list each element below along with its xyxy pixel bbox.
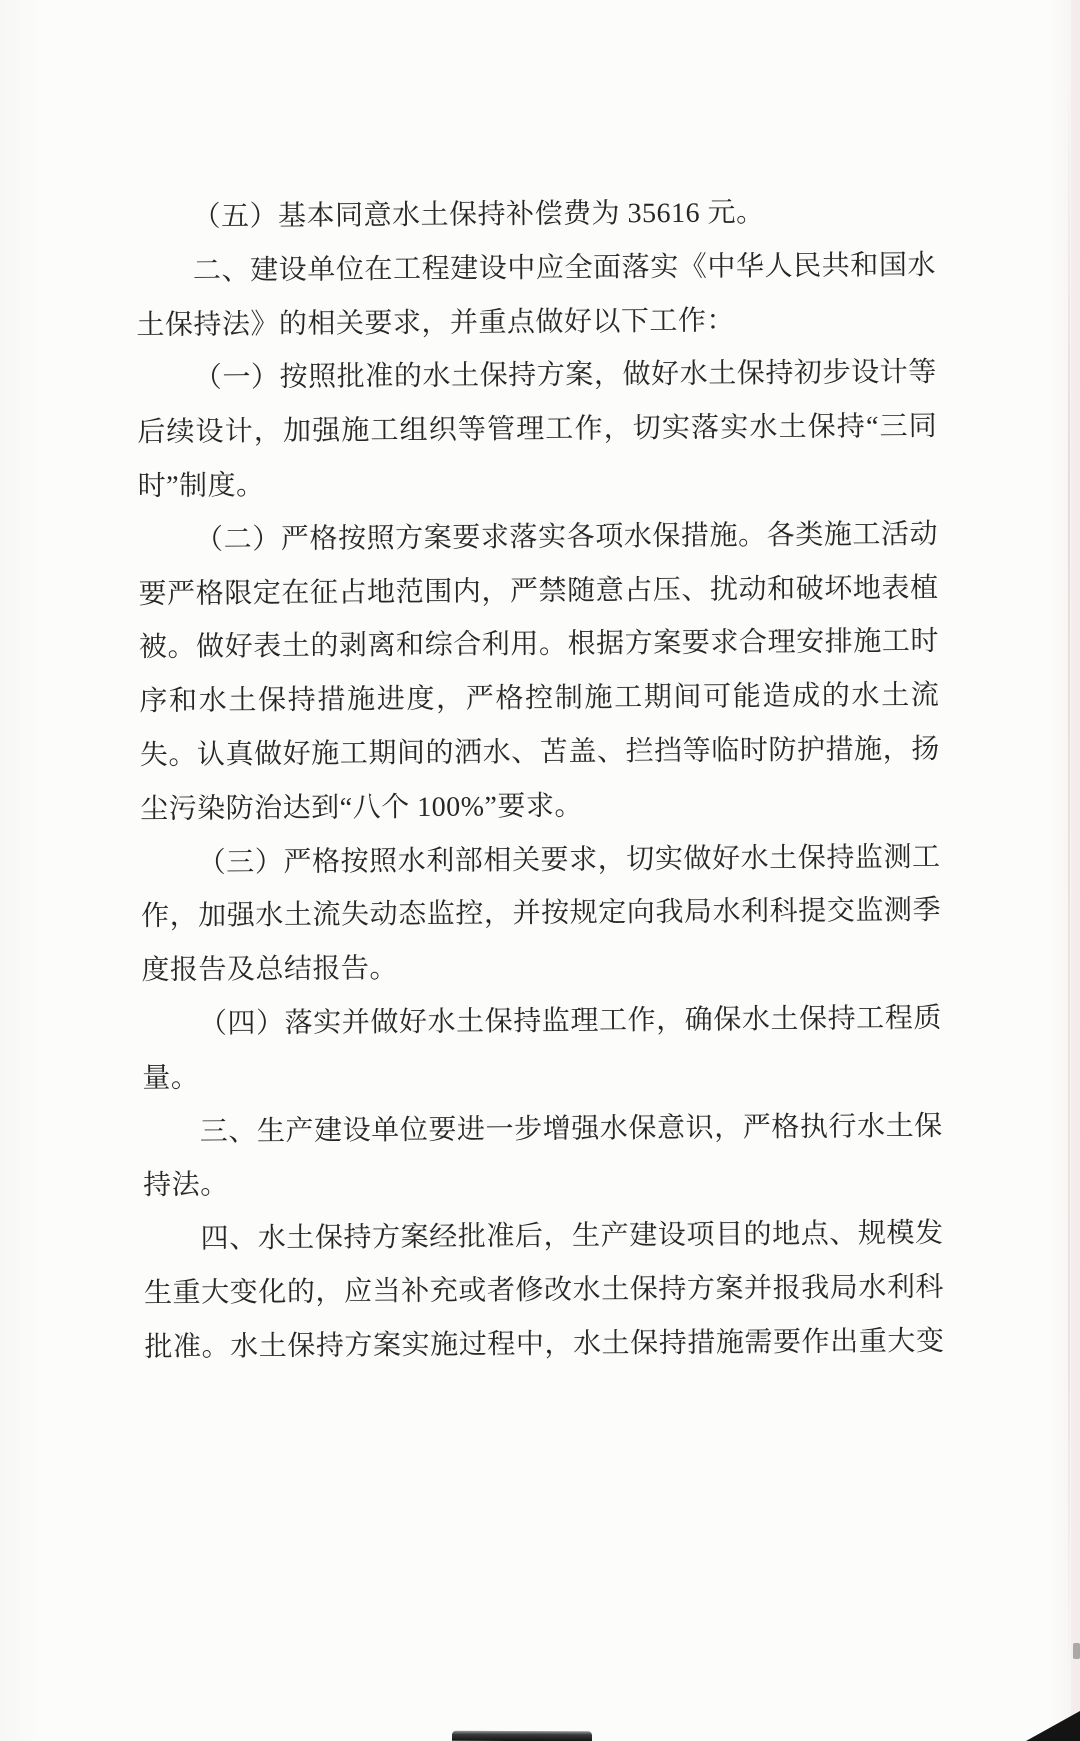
document-body-text: （五）基本同意水土保持补偿费为 35616 元。 二、建设单位在工程建设中应全面… xyxy=(135,185,944,1375)
text-line: 持法。 xyxy=(143,1153,943,1213)
scan-artifact-corner-wedge xyxy=(1026,1711,1080,1741)
scan-artifact-edge-smudge xyxy=(1073,1643,1080,1659)
text-line: 时”制度。 xyxy=(137,454,937,514)
text-line: 生重大变化的，应当补充或者修改水土保持方案并报我局水利科 xyxy=(144,1261,944,1321)
page-edge-shadow xyxy=(1071,0,1080,1741)
text-line: （三）严格按照水利部相关要求，切实做好水土保持监测工 xyxy=(140,830,940,890)
text-line: 序和水土保持措施进度，严格控制施工期间可能造成的水土流 xyxy=(139,669,939,729)
text-line: （一）按照批准的水土保持方案，做好水土保持初步设计等 xyxy=(137,346,937,406)
text-line: 量。 xyxy=(142,1046,942,1106)
page-edge-line xyxy=(1068,70,1070,1690)
text-line: 要严格限定在征占地范围内，严禁随意占压、扰动和破坏地表植 xyxy=(138,561,938,621)
text-line: 度报告及总结报告。 xyxy=(141,938,941,998)
text-line: 后续设计，加强施工组织等管理工作，切实落实水土保持“三同 xyxy=(137,400,937,460)
text-line: （四）落实并做好水土保持监理工作，确保水土保持工程质 xyxy=(142,992,942,1052)
text-line: 二、建设单位在工程建设中应全面落实《中华人民共和国水 xyxy=(136,239,936,299)
text-line: （五）基本同意水土保持补偿费为 35616 元。 xyxy=(135,185,935,245)
text-line: 四、水土保持方案经批准后，生产建设项目的地点、规模发 xyxy=(143,1207,943,1267)
text-line: （二）严格按照方案要求落实各项水保措施。各类施工活动 xyxy=(138,508,938,568)
document-page: （五）基本同意水土保持补偿费为 35616 元。 二、建设单位在工程建设中应全面… xyxy=(0,0,1080,1741)
text-line: 作，加强水土流失动态监控，并按规定向我局水利科提交监测季 xyxy=(141,884,941,944)
text-line: 尘污染防治达到“八个 100%”要求。 xyxy=(140,777,940,837)
text-line: 失。认真做好施工期间的洒水、苫盖、拦挡等临时防护措施，扬 xyxy=(140,723,940,783)
text-line: 被。做好表土的剥离和综合利用。根据方案要求合理安排施工时 xyxy=(139,615,939,675)
scan-artifact-bottom-bar xyxy=(452,1731,592,1741)
text-line: 三、生产建设单位要进一步增强水保意识，严格执行水土保 xyxy=(143,1099,943,1159)
text-line: 土保持法》的相关要求，并重点做好以下工作： xyxy=(136,292,936,352)
text-line: 批准。水土保持方案实施过程中，水土保持措施需要作出重大变 xyxy=(144,1315,944,1375)
